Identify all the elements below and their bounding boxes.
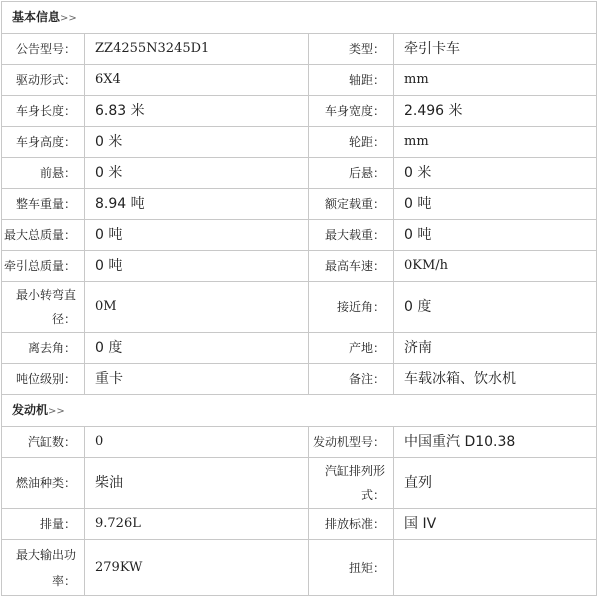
- spec-label-departure-angle: 离去角：: [2, 333, 85, 364]
- spec-label-max-gross-mass: 最大总质量：: [2, 220, 85, 251]
- spec-value-model-number: ZZ4255N3245D1: [85, 34, 309, 65]
- section-header-basic-info: 基本信息>>: [2, 2, 597, 34]
- spec-label-remarks: 备注：: [309, 364, 394, 395]
- spec-label-tonnage-class: 吨位级别：: [2, 364, 85, 395]
- spec-label-cylinders: 汽缸数：: [2, 427, 85, 458]
- spec-label-max-speed: 最高车速：: [309, 251, 394, 282]
- section-header-engine: 发动机>>: [2, 395, 597, 427]
- section-arrow: >>: [48, 406, 65, 417]
- spec-label-track: 轮距：: [309, 127, 394, 158]
- spec-label-rated-load: 额定载重：: [309, 189, 394, 220]
- spec-label-rear-overhang: 后悬：: [309, 158, 394, 189]
- spec-row: 汽缸数： 0 发动机型号： 中国重汽 D10.38: [2, 427, 597, 458]
- spec-value-max-power: 279KW: [85, 540, 309, 596]
- spec-value-cylinders: 0: [85, 427, 309, 458]
- spec-value-max-load: 0 吨: [394, 220, 597, 251]
- spec-value-body-height: 0 米: [85, 127, 309, 158]
- spec-value-approach-angle: 0 度: [394, 282, 597, 333]
- spec-label-body-width: 车身宽度：: [309, 96, 394, 127]
- spec-row: 公告型号： ZZ4255N3245D1 类型： 牵引卡车: [2, 34, 597, 65]
- spec-value-cylinder-arrangement: 直列: [394, 458, 597, 509]
- spec-label-fuel-type: 燃油种类：: [2, 458, 85, 509]
- spec-label-drive-type: 驱动形式：: [2, 65, 85, 96]
- spec-value-curb-weight: 8.94 吨: [85, 189, 309, 220]
- spec-row: 燃油种类： 柴油 汽缸排列形式： 直列: [2, 458, 597, 509]
- spec-value-fuel-type: 柴油: [85, 458, 309, 509]
- spec-label-torque: 扭矩：: [309, 540, 394, 596]
- spec-value-remarks: 车载冰箱、饮水机: [394, 364, 597, 395]
- spec-row: 最大总质量： 0 吨 最大载重： 0 吨: [2, 220, 597, 251]
- spec-row: 整车重量： 8.94 吨 额定载重： 0 吨: [2, 189, 597, 220]
- spec-value-tonnage-class: 重卡: [85, 364, 309, 395]
- spec-row: 车身高度： 0 米 轮距： mm: [2, 127, 597, 158]
- spec-label-max-load: 最大载重：: [309, 220, 394, 251]
- spec-value-max-gross-mass: 0 吨: [85, 220, 309, 251]
- vehicle-spec-table: 基本信息>> 公告型号： ZZ4255N3245D1 类型： 牵引卡车 驱动形式…: [1, 1, 597, 596]
- spec-row: 最小转弯直径： 0M 接近角： 0 度: [2, 282, 597, 333]
- spec-row: 牵引总质量： 0 吨 最高车速： 0KM/h: [2, 251, 597, 282]
- spec-value-rated-load: 0 吨: [394, 189, 597, 220]
- section-title: 发动机: [12, 403, 48, 417]
- spec-label-cylinder-arrangement: 汽缸排列形式：: [309, 458, 394, 509]
- spec-value-towing-mass: 0 吨: [85, 251, 309, 282]
- spec-label-min-turning-diameter: 最小转弯直径：: [2, 282, 85, 333]
- spec-value-front-overhang: 0 米: [85, 158, 309, 189]
- spec-value-rear-overhang: 0 米: [394, 158, 597, 189]
- spec-row: 前悬： 0 米 后悬： 0 米: [2, 158, 597, 189]
- spec-label-type: 类型：: [309, 34, 394, 65]
- spec-value-body-length: 6.83 米: [85, 96, 309, 127]
- section-arrow: >>: [60, 13, 77, 24]
- spec-label-wheelbase: 轴距：: [309, 65, 394, 96]
- spec-label-max-power: 最大输出功率：: [2, 540, 85, 596]
- spec-value-drive-type: 6X4: [85, 65, 309, 96]
- spec-value-engine-model: 中国重汽 D10.38: [394, 427, 597, 458]
- spec-label-front-overhang: 前悬：: [2, 158, 85, 189]
- spec-value-track: mm: [394, 127, 597, 158]
- spec-value-min-turning-diameter: 0M: [85, 282, 309, 333]
- spec-row: 驱动形式： 6X4 轴距： mm: [2, 65, 597, 96]
- spec-row: 车身长度： 6.83 米 车身宽度： 2.496 米: [2, 96, 597, 127]
- spec-label-displacement: 排量：: [2, 509, 85, 540]
- section-title: 基本信息: [12, 10, 60, 24]
- spec-value-displacement: 9.726L: [85, 509, 309, 540]
- spec-value-body-width: 2.496 米: [394, 96, 597, 127]
- spec-label-body-height: 车身高度：: [2, 127, 85, 158]
- spec-label-curb-weight: 整车重量：: [2, 189, 85, 220]
- spec-row: 排量： 9.726L 排放标准： 国 IV: [2, 509, 597, 540]
- spec-value-wheelbase: mm: [394, 65, 597, 96]
- spec-value-departure-angle: 0 度: [85, 333, 309, 364]
- spec-label-approach-angle: 接近角：: [309, 282, 394, 333]
- spec-value-torque: [394, 540, 597, 596]
- spec-label-emission-standard: 排放标准：: [309, 509, 394, 540]
- spec-row: 吨位级别： 重卡 备注： 车载冰箱、饮水机: [2, 364, 597, 395]
- spec-value-emission-standard: 国 IV: [394, 509, 597, 540]
- spec-value-origin: 济南: [394, 333, 597, 364]
- spec-row: 最大输出功率： 279KW 扭矩：: [2, 540, 597, 596]
- spec-label-towing-mass: 牵引总质量：: [2, 251, 85, 282]
- spec-label-origin: 产地：: [309, 333, 394, 364]
- spec-row: 离去角： 0 度 产地： 济南: [2, 333, 597, 364]
- spec-value-type: 牵引卡车: [394, 34, 597, 65]
- spec-value-max-speed: 0KM/h: [394, 251, 597, 282]
- spec-label-body-length: 车身长度：: [2, 96, 85, 127]
- spec-label-model-number: 公告型号：: [2, 34, 85, 65]
- spec-label-engine-model: 发动机型号：: [309, 427, 394, 458]
